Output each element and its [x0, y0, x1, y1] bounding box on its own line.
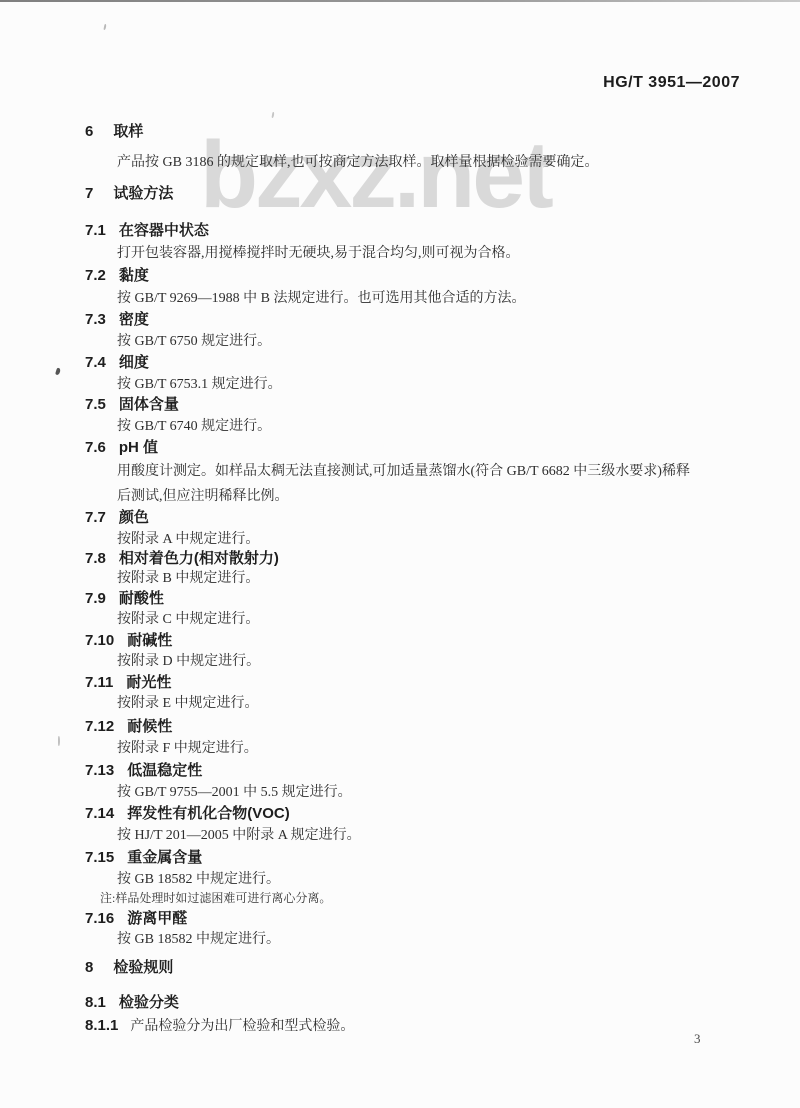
para-7-8: 按附录 B 中规定进行。 — [117, 568, 259, 589]
heading-title: 细度 — [119, 354, 149, 371]
heading-number: 7.15 — [85, 849, 114, 866]
heading-8: 8检验规则 — [85, 957, 173, 978]
heading-7-12: 7.12耐候性 — [85, 716, 172, 737]
para-7-3: 按 GB/T 6750 规定进行。 — [117, 331, 271, 352]
heading-number: 7.1 — [85, 222, 106, 239]
heading-number: 7.9 — [85, 590, 106, 607]
heading-7-4: 7.4细度 — [85, 352, 149, 373]
heading-7-1: 7.1在容器中状态 — [85, 220, 209, 241]
heading-title: 耐酸性 — [119, 590, 164, 607]
heading-number: 8 — [85, 959, 93, 976]
para-sampling: 产品按 GB 3186 的规定取样,也可按商定方法取样。取样量根据检验需要确定。 — [117, 152, 598, 173]
heading-7-9: 7.9耐酸性 — [85, 588, 164, 609]
heading-7-14: 7.14挥发性有机化合物(VOC) — [85, 803, 290, 824]
note-7-15: 注:样品处理时如过滤困难可进行离心分离。 — [100, 888, 331, 909]
para-7-14: 按 HJ/T 201—2005 中附录 A 规定进行。 — [117, 825, 361, 846]
heading-title: 密度 — [119, 311, 149, 328]
heading-7-3: 7.3密度 — [85, 309, 149, 330]
clause-text: 产品检验分为出厂检验和型式检验。 — [130, 1019, 354, 1034]
heading-title: pH 值 — [119, 439, 158, 456]
para-7-12: 按附录 F 中规定进行。 — [117, 738, 258, 759]
heading-number: 8.1 — [85, 994, 106, 1011]
para-7-9: 按附录 C 中规定进行。 — [117, 609, 259, 630]
heading-7-7: 7.7颜色 — [85, 507, 149, 528]
heading-number: 7.14 — [85, 805, 114, 822]
heading-number: 7.6 — [85, 439, 106, 456]
heading-title: 试验方法 — [113, 185, 173, 202]
heading-title: 检验规则 — [113, 959, 173, 976]
heading-title: 重金属含量 — [127, 849, 202, 866]
para-7-6: 用酸度计测定。如样品太稠无法直接测试,可加适量蒸馏水(符合 GB/T 6682 … — [117, 459, 695, 509]
heading-number: 7.10 — [85, 632, 114, 649]
clause-8-1-1: 8.1.1产品检验分为出厂检验和型式检验。 — [85, 1015, 354, 1037]
para-7-2: 按 GB/T 9269—1988 中 B 法规定进行。也可选用其他合适的方法。 — [117, 288, 525, 309]
heading-8-1: 8.1检验分类 — [85, 992, 179, 1013]
heading-number: 7.13 — [85, 762, 114, 779]
heading-title: 检验分类 — [119, 994, 179, 1011]
para-7-13: 按 GB/T 9755—2001 中 5.5 规定进行。 — [117, 782, 352, 803]
heading-number: 7 — [85, 185, 93, 202]
heading-title: 游离甲醛 — [127, 910, 187, 927]
para-7-10: 按附录 D 中规定进行。 — [117, 651, 260, 672]
heading-7-13: 7.13低温稳定性 — [85, 760, 202, 781]
clause-number: 8.1.1 — [85, 1017, 118, 1034]
scan-artifact — [58, 736, 60, 746]
scanned-document-page: bzxz.net HG/T 3951—2007 6取样 产品按 GB 3186 … — [0, 0, 800, 1108]
page-number: 3 — [694, 1031, 701, 1047]
heading-number: 7.7 — [85, 509, 106, 526]
para-7-5: 按 GB/T 6740 规定进行。 — [117, 416, 271, 437]
heading-7-10: 7.10耐碱性 — [85, 630, 172, 651]
heading-7-15: 7.15重金属含量 — [85, 847, 202, 868]
heading-number: 7.2 — [85, 267, 106, 284]
heading-title: 相对着色力(相对散射力) — [119, 550, 279, 567]
heading-title: 低温稳定性 — [127, 762, 202, 779]
heading-7-16: 7.16游离甲醛 — [85, 908, 187, 929]
heading-title: 固体含量 — [119, 396, 179, 413]
heading-7: 7试验方法 — [85, 183, 173, 204]
scan-artifact — [55, 368, 61, 376]
heading-7-6: 7.6pH 值 — [85, 437, 158, 458]
scan-edge-artifact — [0, 0, 800, 2]
heading-number: 7.8 — [85, 550, 106, 567]
para-7-16: 按 GB 18582 中规定进行。 — [117, 929, 280, 950]
scan-artifact — [103, 24, 106, 30]
heading-7-2: 7.2黏度 — [85, 265, 149, 286]
heading-title: 耐碱性 — [127, 632, 172, 649]
heading-7-11: 7.11耐光性 — [85, 672, 171, 693]
para-7-11: 按附录 E 中规定进行。 — [117, 693, 259, 714]
heading-number: 7.16 — [85, 910, 114, 927]
para-7-15: 按 GB 18582 中规定进行。 — [117, 869, 280, 890]
heading-number: 7.4 — [85, 354, 106, 371]
heading-number: 7.12 — [85, 718, 114, 735]
heading-title: 在容器中状态 — [119, 222, 209, 239]
heading-6: 6取样 — [85, 121, 143, 142]
heading-number: 7.5 — [85, 396, 106, 413]
scan-artifact — [271, 112, 274, 118]
para-7-7: 按附录 A 中规定进行。 — [117, 529, 259, 550]
para-7-1: 打开包装容器,用搅棒搅拌时无硬块,易于混合均匀,则可视为合格。 — [117, 243, 520, 264]
heading-title: 挥发性有机化合物(VOC) — [127, 805, 290, 822]
heading-title: 黏度 — [119, 267, 149, 284]
heading-title: 耐光性 — [126, 674, 171, 691]
heading-number: 7.11 — [85, 674, 113, 691]
heading-7-8: 7.8相对着色力(相对散射力) — [85, 548, 279, 569]
heading-number: 7.3 — [85, 311, 106, 328]
heading-title: 取样 — [113, 123, 143, 140]
heading-number: 6 — [85, 123, 93, 140]
bzxz-watermark: bzxz.net — [200, 128, 551, 223]
heading-title: 颜色 — [119, 509, 149, 526]
heading-title: 耐候性 — [127, 718, 172, 735]
heading-7-5: 7.5固体含量 — [85, 394, 179, 415]
para-7-4: 按 GB/T 6753.1 规定进行。 — [117, 374, 282, 395]
standard-number-header: HG/T 3951—2007 — [603, 74, 740, 92]
